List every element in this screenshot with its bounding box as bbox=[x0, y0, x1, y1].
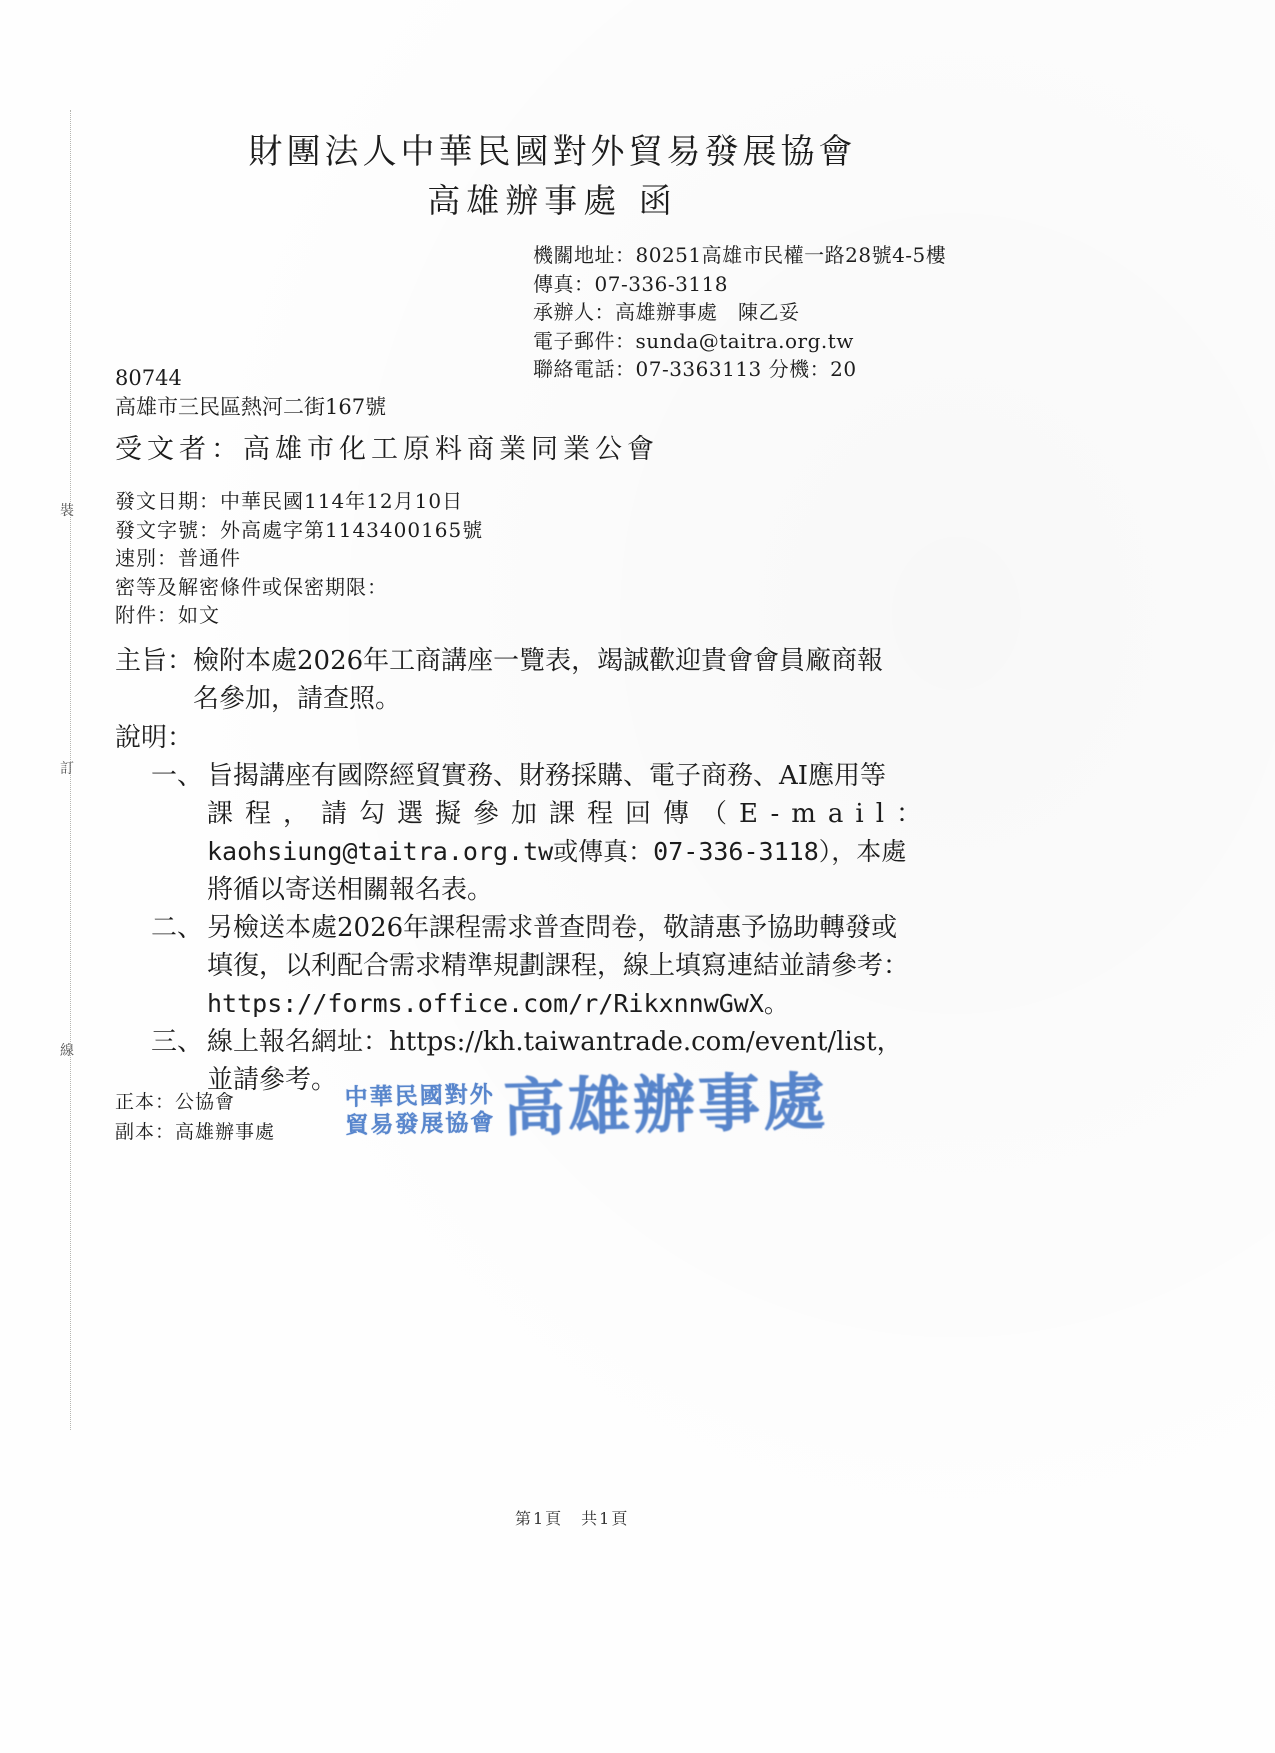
stamp-small-line: 中華民國對外 bbox=[344, 1081, 495, 1112]
contact-fax: 傳真：07-336-3118 bbox=[533, 270, 946, 299]
contact-email: 電子郵件：sunda@taitra.org.tw bbox=[533, 327, 946, 356]
recipient-address: 高雄市三民區熱河二街167號 bbox=[115, 393, 659, 422]
speed-class: 速別：普通件 bbox=[115, 544, 483, 573]
attachment-note: 附件：如文 bbox=[115, 601, 483, 630]
item-line: 另檢送本處2026年課程需求普查問卷，敬請惠予協助轉發或 bbox=[207, 909, 1000, 947]
stamp-organization-text: 中華民國對外 貿易發展協會 bbox=[344, 1081, 495, 1140]
scanned-official-letter: 裝 訂 線 財團法人中華民國對外貿易發展協會 高雄辦事處 函 機關地址：8025… bbox=[0, 0, 1275, 1753]
item-number: 二、 bbox=[151, 909, 207, 1023]
binding-mark-ding: 訂 bbox=[60, 758, 74, 778]
letter-header: 財團法人中華民國對外貿易發展協會 高雄辦事處 函 bbox=[115, 130, 990, 222]
cc-copy-line: 副本：高雄辦事處 bbox=[115, 1117, 275, 1147]
sender-contact-info: 機關地址：80251高雄市民權一路28號4-5樓 傳真：07-336-3118 … bbox=[533, 241, 946, 384]
document-number: 發文字號：外高處字第1143400165號 bbox=[115, 516, 483, 545]
office-and-doctype-title: 高雄辦事處 函 bbox=[115, 180, 990, 222]
subject-paragraph: 主旨： 檢附本處2026年工商講座一覽表，竭誠歡迎貴會會員廠商報 名參加，請查照… bbox=[115, 642, 1000, 718]
recipient-name-line: 受文者：高雄市化工原料商業同業公會 bbox=[115, 435, 659, 464]
document-meta: 發文日期：中華民國114年12月10日 發文字號：外高處字第1143400165… bbox=[115, 487, 483, 630]
organization-title: 財團法人中華民國對外貿易發展協會 bbox=[115, 130, 990, 174]
explanation-item-1: 一、 旨揭講座有國際經貿實務、財務採購、電子商務、AI應用等 課程，請勾選擬參加… bbox=[151, 757, 1000, 909]
item-number: 一、 bbox=[151, 757, 207, 909]
subject-line: 名參加，請查照。 bbox=[193, 680, 1000, 718]
item-line: 填復，以利配合需求精準規劃課程，線上填寫連結並請參考： bbox=[207, 947, 1000, 985]
subject-line: 檢附本處2026年工商講座一覽表，竭誠歡迎貴會會員廠商報 bbox=[193, 642, 1000, 680]
item-line: 將循以寄送相關報名表。 bbox=[207, 871, 1000, 909]
subject-label: 主旨： bbox=[115, 642, 193, 718]
binding-mark-zhuang: 裝 bbox=[60, 500, 74, 520]
item-line-email: kaohsiung@taitra.org.tw或傳真：07-336-3118），… bbox=[207, 833, 1000, 871]
recipient-zip: 80744 bbox=[115, 364, 659, 393]
letter-body: 主旨： 檢附本處2026年工商講座一覽表，竭誠歡迎貴會會員廠商報 名參加，請查照… bbox=[115, 642, 1000, 1099]
secrecy-class: 密等及解密條件或保密期限： bbox=[115, 573, 483, 602]
explanation-item-2: 二、 另檢送本處2026年課程需求普查問卷，敬請惠予協助轉發或 填復，以利配合需… bbox=[151, 909, 1000, 1023]
issue-date: 發文日期：中華民國114年12月10日 bbox=[115, 487, 483, 516]
recipient-block: 80744 高雄市三民區熱河二街167號 受文者：高雄市化工原料商業同業公會 bbox=[115, 364, 659, 464]
contact-address: 機關地址：80251高雄市民權一路28號4-5樓 bbox=[533, 241, 946, 270]
item-line-url: 線上報名網址：https://kh.taiwantrade.com/event/… bbox=[207, 1023, 1000, 1061]
stamp-office-name: 高雄辦事處 bbox=[502, 1067, 828, 1144]
page-number-footer: 第1頁 共1頁 bbox=[515, 1506, 629, 1529]
stamp-small-line: 貿易發展協會 bbox=[345, 1109, 496, 1140]
item-line: 課程，請勾選擬參加課程回傳（E-mail： bbox=[207, 795, 1000, 833]
copies-block: 正本：公協會 副本：高雄辦事處 bbox=[115, 1087, 275, 1147]
explanation-label: 說明： bbox=[115, 719, 1000, 757]
office-stamp: 中華民國對外 貿易發展協會 高雄辦事處 bbox=[344, 1067, 828, 1147]
original-copy-line: 正本：公協會 bbox=[115, 1087, 275, 1117]
item-line: 旨揭講座有國際經貿實務、財務採購、電子商務、AI應用等 bbox=[207, 757, 1000, 795]
binding-mark-xian: 線 bbox=[60, 1040, 74, 1060]
item-line-url: https://forms.office.com/r/RikxnnwGwX。 bbox=[207, 985, 1000, 1023]
contact-person: 承辦人：高雄辦事處 陳乙妥 bbox=[533, 298, 946, 327]
